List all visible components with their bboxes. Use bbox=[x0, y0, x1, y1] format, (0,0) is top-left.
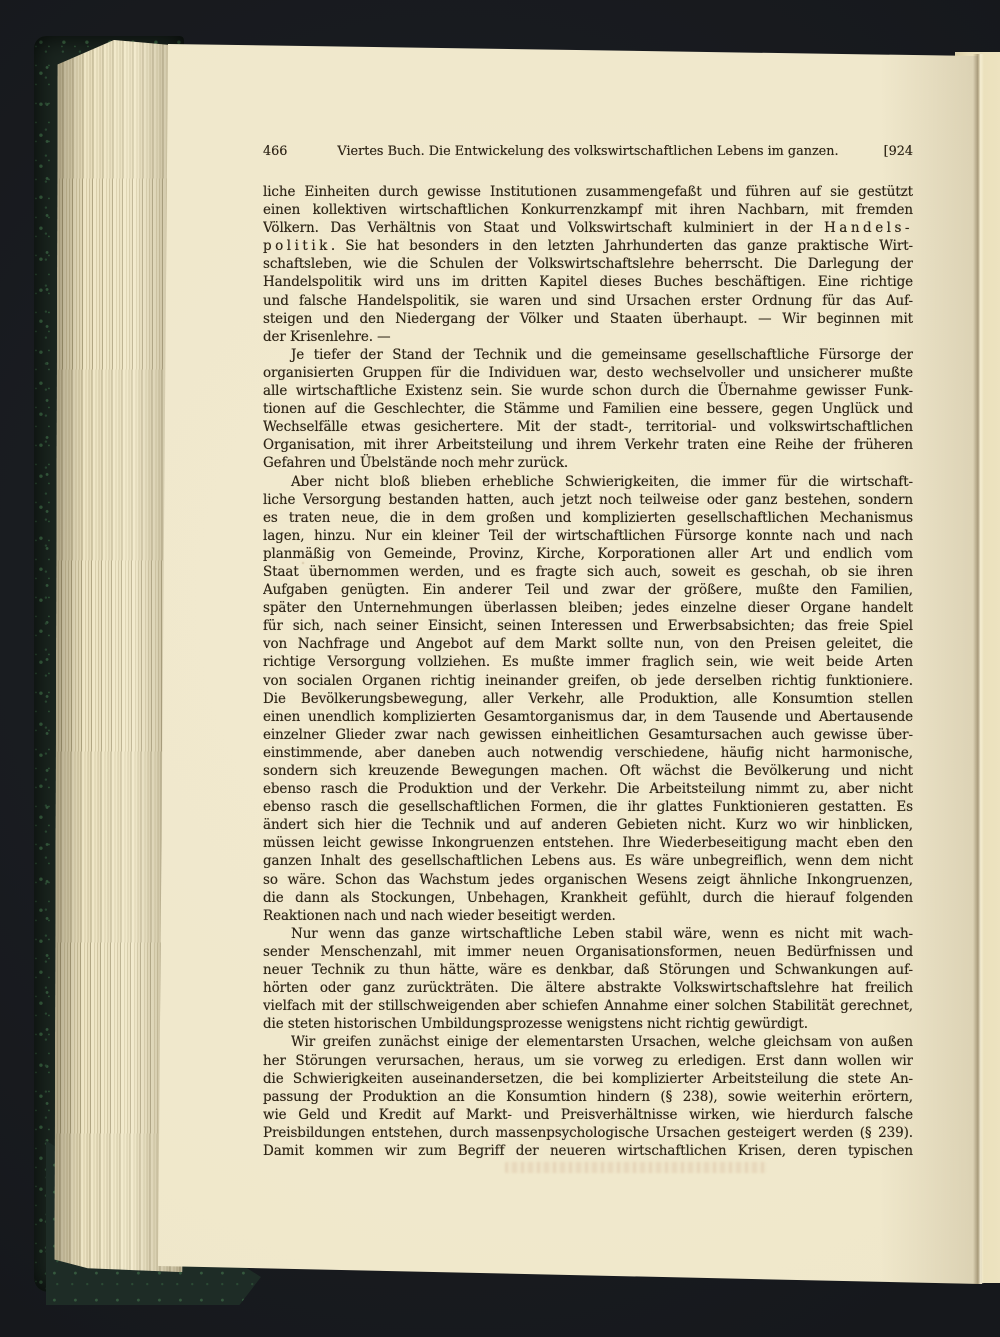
text-segment: organisierten Gruppen für die Individuen… bbox=[263, 365, 913, 381]
text-line: liche Versorgung bestanden hatten, auch … bbox=[263, 491, 913, 509]
text-line: die dann als Stockungen, Unbehagen, Kran… bbox=[263, 889, 913, 907]
text-segment: . Sie hat besonders in den letzten Jahrh… bbox=[331, 238, 913, 254]
text-segment: hörten oder ganz zurückträten. Die älter… bbox=[263, 980, 913, 996]
text-segment: Organisation, mit ihrer Arbeitsteilung u… bbox=[263, 437, 913, 453]
text-line: müssen leicht gewisse Inkongruenzen ents… bbox=[263, 834, 913, 852]
text-line: ebenso rasch die gesellschaftlichen Form… bbox=[263, 798, 913, 816]
text-line: schaftsleben, wie die Schulen der Volksw… bbox=[263, 255, 913, 273]
text-line: die steten historischen Umbildungsprozes… bbox=[263, 1015, 913, 1033]
page-number: 466 bbox=[263, 144, 333, 160]
text-line: Je tiefer der Stand der Technik und die … bbox=[263, 346, 913, 364]
text-segment: ganzen Inhalt des gesellschaftlichen Leb… bbox=[263, 853, 913, 869]
text-segment: Aber nicht bloß blieben erhebliche Schwi… bbox=[291, 474, 913, 490]
text-segment: einstimmende, aber daneben auch notwendi… bbox=[263, 745, 913, 761]
text-segment: her Störungen verursachen, heraus, um si… bbox=[263, 1053, 913, 1069]
text-segment: liche Versorgung bestanden hatten, auch … bbox=[263, 492, 913, 508]
text-line: planmäßig von Gemeinde, Provinz, Kirche,… bbox=[263, 545, 913, 563]
page-body-text: liche Einheiten durch gewisse Institutio… bbox=[263, 183, 913, 1160]
text-line: einen kollektiven wirtschaftlichen Konku… bbox=[263, 201, 913, 219]
letterspaced-text: Handels- bbox=[824, 220, 913, 236]
text-segment: ebenso rasch die Produktion und der Verk… bbox=[263, 781, 913, 797]
text-line: vielfach mit der stillschweigenden aber … bbox=[263, 997, 913, 1015]
text-segment: passung der Produktion an die Konsumtion… bbox=[263, 1089, 913, 1105]
text-line: ändert sich hier die Technik und auf and… bbox=[263, 816, 913, 834]
text-line: Aufgaben genügten. Ein anderer Teil und … bbox=[263, 581, 913, 599]
text-line: steigen und den Niedergang der Völker un… bbox=[263, 310, 913, 328]
text-segment: und falsche Handelspolitik, sie waren un… bbox=[263, 293, 913, 309]
text-line: so wäre. Schon das Wachstum jedes organi… bbox=[263, 871, 913, 889]
text-line: Wir greifen zunächst einige der elementa… bbox=[263, 1033, 913, 1051]
page-fold-crease bbox=[973, 54, 984, 1284]
text-line: organisierten Gruppen für die Individuen… bbox=[263, 364, 913, 382]
text-line: liche Einheiten durch gewisse Institutio… bbox=[263, 183, 913, 201]
text-line: Völkern. Das Verhältnis von Staat und Vo… bbox=[263, 219, 913, 237]
text-line: sender Menschenzahl, mit immer neuen Org… bbox=[263, 943, 913, 961]
text-line: Damit kommen wir zum Begriff der neueren… bbox=[263, 1142, 913, 1160]
text-line: die Schwierigkeiten auseinandersetzen, d… bbox=[263, 1070, 913, 1088]
text-line: und falsche Handelspolitik, sie waren un… bbox=[263, 292, 913, 310]
text-segment: so wäre. Schon das Wachstum jedes organi… bbox=[263, 872, 913, 888]
text-segment: einen kollektiven wirtschaftlichen Konku… bbox=[263, 202, 913, 218]
text-segment: für sich, nach seiner Einsicht, seinen I… bbox=[263, 618, 913, 634]
text-line: tionen auf die Geschlechter, die Stämme … bbox=[263, 400, 913, 418]
text-segment: Je tiefer der Stand der Technik und die … bbox=[291, 347, 913, 363]
text-line: Handelspolitik wird uns im dritten Kapit… bbox=[263, 273, 913, 291]
text-segment: neuer Technik zu thun hätte, wäre es den… bbox=[263, 962, 913, 978]
text-segment: Wir greifen zunächst einige der elementa… bbox=[291, 1034, 913, 1050]
text-line: einstimmende, aber daneben auch notwendi… bbox=[263, 744, 913, 762]
text-segment: planmäßig von Gemeinde, Provinz, Kirche,… bbox=[263, 546, 913, 562]
text-segment: vielfach mit der stillschweigenden aber … bbox=[263, 998, 913, 1014]
text-line: Organisation, mit ihrer Arbeitsteilung u… bbox=[263, 436, 913, 454]
column-number: [924 bbox=[843, 144, 913, 160]
text-segment: Staat übernommen werden, und es fragte s… bbox=[263, 564, 913, 580]
text-line: es traten neue, die in dem großen und ko… bbox=[263, 509, 913, 527]
text-segment: schaftsleben, wie die Schulen der Volksw… bbox=[263, 256, 913, 272]
show-through-smudge bbox=[505, 1162, 767, 1173]
text-segment: später den Unternehmungen überlassen ble… bbox=[263, 600, 913, 616]
text-line: passung der Produktion an die Konsumtion… bbox=[263, 1088, 913, 1106]
text-segment: ebenso rasch die gesellschaftlichen Form… bbox=[263, 799, 913, 815]
text-line: politik. Sie hat besonders in den letzte… bbox=[263, 237, 913, 255]
text-line: hörten oder ganz zurückträten. Die älter… bbox=[263, 979, 913, 997]
text-line: ganzen Inhalt des gesellschaftlichen Leb… bbox=[263, 852, 913, 870]
text-segment: Die Bevölkerungsbewegung, aller Verkehr,… bbox=[263, 691, 913, 707]
text-line: ebenso rasch die Produktion und der Verk… bbox=[263, 780, 913, 798]
text-line: richtige Versorgung vollziehen. Es mußte… bbox=[263, 653, 913, 671]
text-line: der Krisenlehre. — bbox=[263, 328, 913, 346]
text-line: von socialen Organen richtig ineinander … bbox=[263, 672, 913, 690]
text-segment: wie Geld und Kredit auf Markt- und Preis… bbox=[263, 1107, 913, 1123]
text-line: Reaktionen nach und nach wieder beseitig… bbox=[263, 907, 913, 925]
text-segment: lagen, hinzu. Nur ein kleiner Teil der w… bbox=[263, 528, 913, 544]
text-segment: Reaktionen nach und nach wieder beseitig… bbox=[263, 908, 616, 924]
text-line: Gefahren und Übelstände noch mehr zurück… bbox=[263, 454, 913, 472]
text-line: sondern sich kreuzende Bewegungen machen… bbox=[263, 762, 913, 780]
text-line: Aber nicht bloß blieben erhebliche Schwi… bbox=[263, 473, 913, 491]
text-line: einzelner Glieder zwar nach gewissen ein… bbox=[263, 726, 913, 744]
text-segment: einen unendlich komplizierten Gesamtorga… bbox=[263, 709, 913, 725]
text-segment: Völkern. Das Verhältnis von Staat und Vo… bbox=[263, 220, 824, 236]
text-segment: müssen leicht gewisse Inkongruenzen ents… bbox=[263, 835, 913, 851]
text-segment: tionen auf die Geschlechter, die Stämme … bbox=[263, 401, 913, 417]
text-segment: Handelspolitik wird uns im dritten Kapit… bbox=[263, 274, 913, 290]
text-segment: von Nachfrage und Angebot auf dem Markt … bbox=[263, 636, 913, 652]
text-line: Nur wenn das ganze wirtschaftliche Leben… bbox=[263, 925, 913, 943]
text-segment: ändert sich hier die Technik und auf and… bbox=[263, 817, 913, 833]
text-segment: Wechselfälle etwas gesichertere. Mit der… bbox=[263, 419, 913, 435]
text-segment: Nur wenn das ganze wirtschaftliche Leben… bbox=[291, 926, 913, 942]
text-line: später den Unternehmungen überlassen ble… bbox=[263, 599, 913, 617]
text-line: Staat übernommen werden, und es fragte s… bbox=[263, 563, 913, 581]
text-segment: richtige Versorgung vollziehen. Es mußte… bbox=[263, 654, 913, 670]
text-line: Die Bevölkerungsbewegung, aller Verkehr,… bbox=[263, 690, 913, 708]
text-line: wie Geld und Kredit auf Markt- und Preis… bbox=[263, 1106, 913, 1124]
text-segment: Damit kommen wir zum Begriff der neueren… bbox=[263, 1143, 913, 1159]
text-segment: die steten historischen Umbildungsprozes… bbox=[263, 1016, 808, 1032]
text-segment: der Krisenlehre. — bbox=[263, 329, 391, 345]
text-segment: Aufgaben genügten. Ein anderer Teil und … bbox=[263, 582, 913, 598]
scanned-book-photo: 466 Viertes Buch. Die Entwickelung des v… bbox=[0, 0, 1000, 1337]
text-segment: Preisbildungen entstehen, durch massenps… bbox=[263, 1125, 913, 1141]
text-segment: sondern sich kreuzende Bewegungen machen… bbox=[263, 763, 913, 779]
text-segment: einzelner Glieder zwar nach gewissen ein… bbox=[263, 727, 913, 743]
text-segment: alle wirtschaftliche Existenz sein. Sie … bbox=[263, 383, 913, 399]
text-segment: von socialen Organen richtig ineinander … bbox=[263, 673, 913, 689]
text-segment: steigen und den Niedergang der Völker un… bbox=[263, 311, 913, 327]
text-segment: liche Einheiten durch gewisse Institutio… bbox=[263, 184, 913, 200]
running-title: Viertes Buch. Die Entwickelung des volks… bbox=[333, 144, 843, 160]
text-segment: die dann als Stockungen, Unbehagen, Kran… bbox=[263, 890, 913, 906]
text-segment: die Schwierigkeiten auseinandersetzen, d… bbox=[263, 1071, 913, 1087]
text-segment: sender Menschenzahl, mit immer neuen Org… bbox=[263, 944, 913, 960]
page-header: 466 Viertes Buch. Die Entwickelung des v… bbox=[263, 144, 913, 160]
letterspaced-text: politik bbox=[263, 238, 331, 254]
text-line: Preisbildungen entstehen, durch massenps… bbox=[263, 1124, 913, 1142]
text-line: Wechselfälle etwas gesichertere. Mit der… bbox=[263, 418, 913, 436]
text-line: neuer Technik zu thun hätte, wäre es den… bbox=[263, 961, 913, 979]
text-line: von Nachfrage und Angebot auf dem Markt … bbox=[263, 635, 913, 653]
text-segment: Gefahren und Übelstände noch mehr zurück… bbox=[263, 455, 568, 471]
text-line: alle wirtschaftliche Existenz sein. Sie … bbox=[263, 382, 913, 400]
text-line: her Störungen verursachen, heraus, um si… bbox=[263, 1052, 913, 1070]
text-line: für sich, nach seiner Einsicht, seinen I… bbox=[263, 617, 913, 635]
text-line: einen unendlich komplizierten Gesamtorga… bbox=[263, 708, 913, 726]
text-segment: es traten neue, die in dem großen und ko… bbox=[263, 510, 913, 526]
text-line: lagen, hinzu. Nur ein kleiner Teil der w… bbox=[263, 527, 913, 545]
